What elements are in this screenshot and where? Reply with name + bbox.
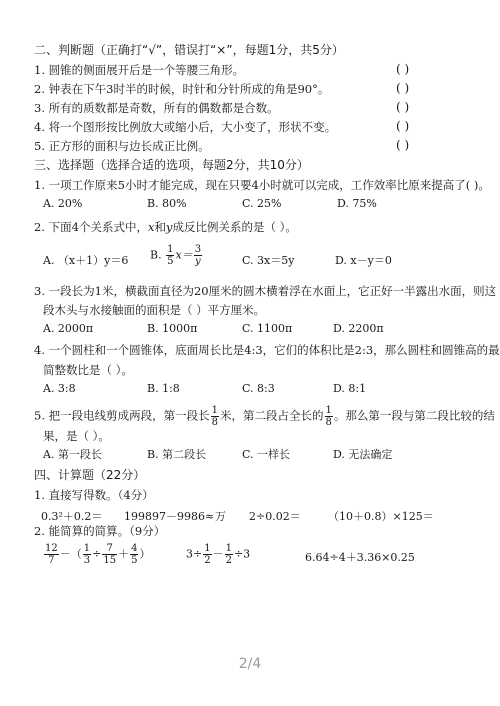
calc-item-2-unit: 万	[215, 508, 226, 524]
q4-option-d: D. 8:1	[333, 382, 366, 396]
q4-option-c: C. 8:3	[242, 382, 275, 396]
simplify-expr-3: 6.64÷4＋3.36×0.25	[305, 549, 415, 565]
calc-item-3: 2÷0.02＝	[249, 508, 301, 524]
judge-item-4: 4. 将一个图形按比例放大或缩小后，大小变了，形状不变。	[34, 120, 336, 134]
choice-q1: 1. 一项工作原来5小时才能完成，现在只要4小时就可以完成，工作效率比原来提高了…	[34, 178, 490, 192]
choice-q3-line1: 3. 一段长为1米，横截面直径为20厘米的圆木横着浮在水面上，它正好一半露出水面…	[34, 284, 496, 298]
q3-option-b: B. 1000π	[147, 322, 197, 336]
simplify-expr-1: 127－（13÷715＋45）	[43, 543, 150, 566]
q2-option-a: A. （x＋1）y＝6	[43, 254, 128, 268]
simplify-expr-2: 3÷12－12÷3	[186, 543, 250, 566]
exam-page: 二、判断题（正确打“√”，错误打“×”，每题1分，共5分） 1. 圆锥的侧面展开…	[0, 0, 500, 706]
q3-option-d: D. 2200π	[333, 322, 384, 336]
q5-option-c: C. 一样长	[242, 448, 290, 462]
judge-item-1: 1. 圆锥的侧面展开后是一个等腰三角形。	[34, 63, 244, 77]
answer-blank-5: ( )	[396, 138, 409, 152]
judge-item-2: 2. 钟表在下午3时半的时候，时针和分针所成的角是90°。	[34, 82, 329, 96]
q3-option-a: A. 2000π	[43, 322, 93, 336]
fraction: 127	[44, 543, 59, 566]
fraction: 12	[203, 543, 211, 566]
fraction: 12	[225, 543, 233, 566]
q4-option-b: B. 1:8	[147, 382, 180, 396]
q5-option-a: A. 第一段长	[43, 448, 102, 462]
fraction: 45	[130, 543, 138, 566]
answer-blank-2: ( )	[396, 81, 409, 95]
q2-option-d: D. x－y＝0	[335, 254, 392, 268]
section4-heading: 四、计算题（22分）	[34, 468, 145, 482]
fraction: 3y	[194, 244, 202, 267]
answer-blank-4: ( )	[396, 119, 409, 133]
answer-blank-1: ( )	[396, 62, 409, 76]
q1-option-a: A. 20%	[43, 197, 82, 211]
calc-item-4: （10＋0.8）×125＝	[328, 508, 434, 524]
q5-option-b: B. 第二段长	[147, 448, 206, 462]
q1-option-c: C. 25%	[242, 197, 281, 211]
q2-option-c: C. 3x＝5y	[242, 254, 294, 268]
choice-q3-line2: 段木头与水接触面的面积是（ ）平方厘米。	[43, 303, 265, 317]
q5-option-d: D. 无法确定	[333, 448, 392, 462]
fraction: 15	[166, 244, 174, 267]
choice-q5-line1: 5. 把一段电线剪成两段，第一段长18米，第二段占全长的18。那么第一段与第二段…	[34, 405, 495, 428]
calc-item-2: 199897－9986≈	[124, 508, 214, 524]
calc-part1-heading: 1. 直接写得数。（4分）	[34, 488, 154, 502]
section2-heading: 二、判断题（正确打“√”，错误打“×”，每题1分，共5分）	[34, 43, 344, 57]
judge-item-3: 3. 所有的质数都是奇数，所有的偶数都是合数。	[34, 101, 279, 115]
choice-q4-line2: 简整数比是（ ）。	[43, 363, 133, 377]
calc-item-1: 0.3²＋0.2＝	[41, 508, 102, 524]
q2-option-b: B. 15x＝3y	[150, 244, 203, 267]
choice-q2: 2. 下面4个关系式中，x和y成反比例关系的是（ ）。	[34, 220, 297, 234]
q1-option-b: B. 80%	[147, 197, 187, 211]
choice-q4-line1: 4. 一个圆柱和一个圆锥体，底面周长比是4:3，它们的体积比是2:3，那么圆柱和…	[34, 343, 500, 357]
fraction: 715	[102, 543, 117, 566]
q1-option-d: D. 75%	[337, 197, 377, 211]
answer-blank-3: ( )	[396, 100, 409, 114]
q3-option-c: C. 1100π	[242, 322, 292, 336]
page-indicator: 2/4	[0, 656, 500, 672]
calc-part2-heading: 2. 能简算的简算。（9分）	[34, 524, 165, 538]
section3-heading: 三、选择题（选择合适的选项，每题2分，共10分）	[34, 158, 309, 172]
fraction: 13	[83, 543, 91, 566]
fraction: 18	[325, 405, 333, 428]
q4-option-a: A. 3:8	[43, 382, 76, 396]
choice-q5-line2: 果，是（ ）。	[43, 429, 110, 443]
judge-item-5: 5. 正方形的面积与边长成正比例。	[34, 139, 210, 153]
fraction: 18	[211, 405, 219, 428]
